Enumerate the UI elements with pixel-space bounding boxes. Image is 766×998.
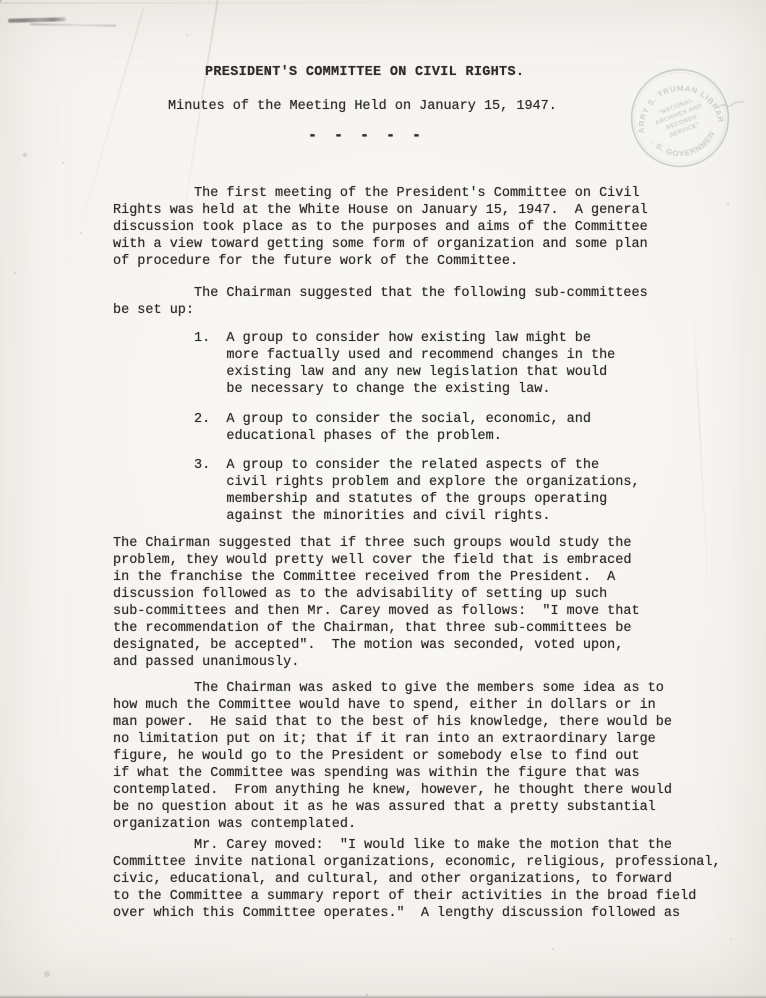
paper-crease bbox=[0, 2, 766, 4]
typed-text-line: 2. A group to consider the social, econo… bbox=[113, 411, 591, 428]
paragraph-three-groups-motion: The Chairman suggested that if three suc… bbox=[113, 535, 640, 671]
typed-text-line: man power. He said that to the best of h… bbox=[113, 714, 672, 731]
list-item-existing-law: 1. A group to consider how existing law … bbox=[113, 330, 615, 398]
typed-text-line: be set up: bbox=[113, 302, 648, 319]
scanned-document-page: HARRY S. TRUMAN LIBRARY U. S. GOVERNMENT… bbox=[0, 0, 766, 998]
stamp-center-text: "NATIONAL ARCHIVES AND RECORDS SERVICE" bbox=[652, 96, 709, 143]
truman-library-archives-stamp: HARRY S. TRUMAN LIBRARY U. S. GOVERNMENT… bbox=[621, 59, 738, 176]
paragraph-first-meeting: The first meeting of the President's Com… bbox=[113, 185, 648, 270]
pencil-smudge-mark bbox=[8, 17, 66, 23]
typed-text-line: sub-committees and then Mr. Carey moved … bbox=[113, 603, 640, 620]
typed-text-line: against the minorities and civil rights. bbox=[113, 508, 640, 525]
pencil-smudge-mark-echo bbox=[30, 23, 116, 27]
typed-text-line: be necessary to change the existing law. bbox=[113, 381, 615, 398]
typed-text-line: organization was contemplated. bbox=[113, 816, 672, 833]
typed-text-line: civil rights problem and explore the org… bbox=[113, 474, 640, 491]
paragraph-subcommittees-intro: The Chairman suggested that the followin… bbox=[113, 285, 648, 319]
dash-separator: - - - - - bbox=[308, 125, 425, 146]
typed-text-line: The Chairman was asked to give the membe… bbox=[113, 680, 672, 697]
document-title: PRESIDENT'S COMMITTEE ON CIVIL RIGHTS. bbox=[205, 65, 524, 80]
typed-text-line: in the franchise the Committee received … bbox=[113, 569, 640, 586]
typed-text-line: to the Committee a summary report of the… bbox=[113, 888, 721, 905]
typed-text-line: over which this Committee operates." A l… bbox=[113, 905, 721, 922]
paragraph-carey-motion: Mr. Carey moved: "I would like to make t… bbox=[113, 837, 721, 922]
list-item-related-aspects: 3. A group to consider the related aspec… bbox=[113, 457, 640, 525]
typed-text-line: figure, he would go to the President or … bbox=[113, 748, 672, 765]
typed-text-line: with a view toward getting some form of … bbox=[113, 236, 648, 253]
paper-crease bbox=[0, 803, 46, 993]
typed-text-line: and passed unanimously. bbox=[113, 654, 640, 671]
typed-text-line: contemplated. From anything he knew, how… bbox=[113, 782, 672, 799]
typed-text-line: discussion took place as to the purposes… bbox=[113, 219, 648, 236]
typed-text-line: problem, they would pretty well cover th… bbox=[113, 552, 640, 569]
typed-text-line: 3. A group to consider the related aspec… bbox=[113, 457, 640, 474]
typed-text-line: how much the Committee would have to spe… bbox=[113, 697, 672, 714]
typed-text-line: Committee invite national organizations,… bbox=[113, 854, 721, 871]
typed-text-line: membership and statutes of the groups op… bbox=[113, 491, 640, 508]
typed-text-line: discussion followed as to the advisabili… bbox=[113, 586, 640, 603]
typed-text-line: of procedure for the future work of the … bbox=[113, 253, 648, 270]
typed-text-line: existing law and any new legislation tha… bbox=[113, 364, 615, 381]
typed-text-line: no limitation put on it; that if it ran … bbox=[113, 731, 672, 748]
typed-text-line: The Chairman suggested that if three suc… bbox=[113, 535, 640, 552]
typed-text-line: Mr. Carey moved: "I would like to make t… bbox=[113, 837, 721, 854]
typed-text-line: be no question about it as he was assure… bbox=[113, 799, 672, 816]
typed-text-line: civic, educational, and cultural, and ot… bbox=[113, 871, 721, 888]
typed-text-line: Rights was held at the White House on Ja… bbox=[113, 202, 648, 219]
typed-text-line: educational phases of the problem. bbox=[113, 428, 591, 445]
typed-text-line: The Chairman suggested that the followin… bbox=[113, 285, 648, 302]
typed-text-line: more factually used and recommend change… bbox=[113, 347, 615, 364]
paragraph-spending: The Chairman was asked to give the membe… bbox=[113, 680, 672, 833]
list-item-social-economic: 2. A group to consider the social, econo… bbox=[113, 411, 591, 445]
typed-text-line: if what the Committee was spending was w… bbox=[113, 765, 672, 782]
paper-specks bbox=[0, 0, 2, 2]
typed-text-line: 1. A group to consider how existing law … bbox=[113, 330, 615, 347]
document-subtitle: Minutes of the Meeting Held on January 1… bbox=[168, 99, 557, 114]
paper-crease bbox=[691, 290, 710, 620]
typed-text-line: designated, be accepted". The motion was… bbox=[113, 637, 640, 654]
typed-text-line: The first meeting of the President's Com… bbox=[113, 185, 648, 202]
typed-text-line: the recommendation of the Chairman, that… bbox=[113, 620, 640, 637]
